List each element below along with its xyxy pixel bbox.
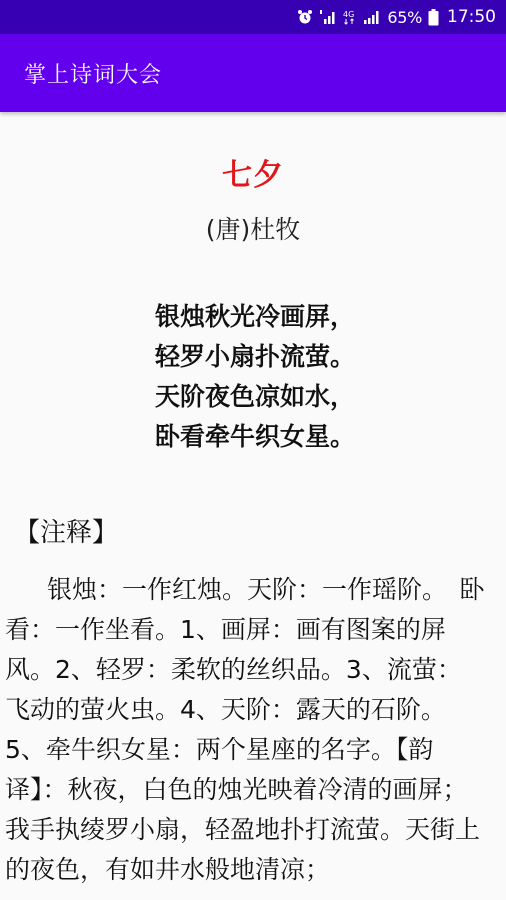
poem-line: 轻罗小扇扑流萤。	[0, 337, 506, 377]
alarm-icon	[297, 9, 313, 25]
battery-icon	[428, 9, 439, 26]
signal-strength-icon	[319, 9, 337, 25]
poem-author: (唐)杜牧	[0, 210, 506, 246]
poem-line: 卧看牵牛织女星。	[0, 417, 506, 457]
poem-line: 天阶夜色凉如水，	[0, 377, 506, 417]
status-bar: 4G 65% 17:50	[0, 0, 506, 34]
app-bar: 掌上诗词大会	[0, 34, 506, 112]
svg-text:4G: 4G	[343, 10, 354, 19]
poem-detail-scroll[interactable]: 七夕 (唐)杜牧 银烛秋光冷画屏， 轻罗小扇扑流萤。 天阶夜色凉如水， 卧看牵牛…	[0, 112, 506, 900]
poem-body: 银烛秋光冷画屏， 轻罗小扇扑流萤。 天阶夜色凉如水， 卧看牵牛织女星。	[0, 297, 506, 457]
signal-strength-2-icon	[363, 9, 381, 25]
battery-percent: 65%	[387, 8, 422, 27]
notes-text: 银烛：一作红烛。天阶：一作瑶阶。 卧看：一作坐看。1、画屏：画有图案的屏风。2、…	[5, 570, 485, 890]
poem-line: 银烛秋光冷画屏，	[0, 297, 506, 337]
poem-title: 七夕	[0, 150, 506, 194]
notes-heading: 【注释】	[14, 512, 118, 549]
app-title: 掌上诗词大会	[24, 58, 162, 89]
4g-data-icon: 4G	[343, 9, 357, 25]
clock: 17:50	[447, 7, 496, 27]
